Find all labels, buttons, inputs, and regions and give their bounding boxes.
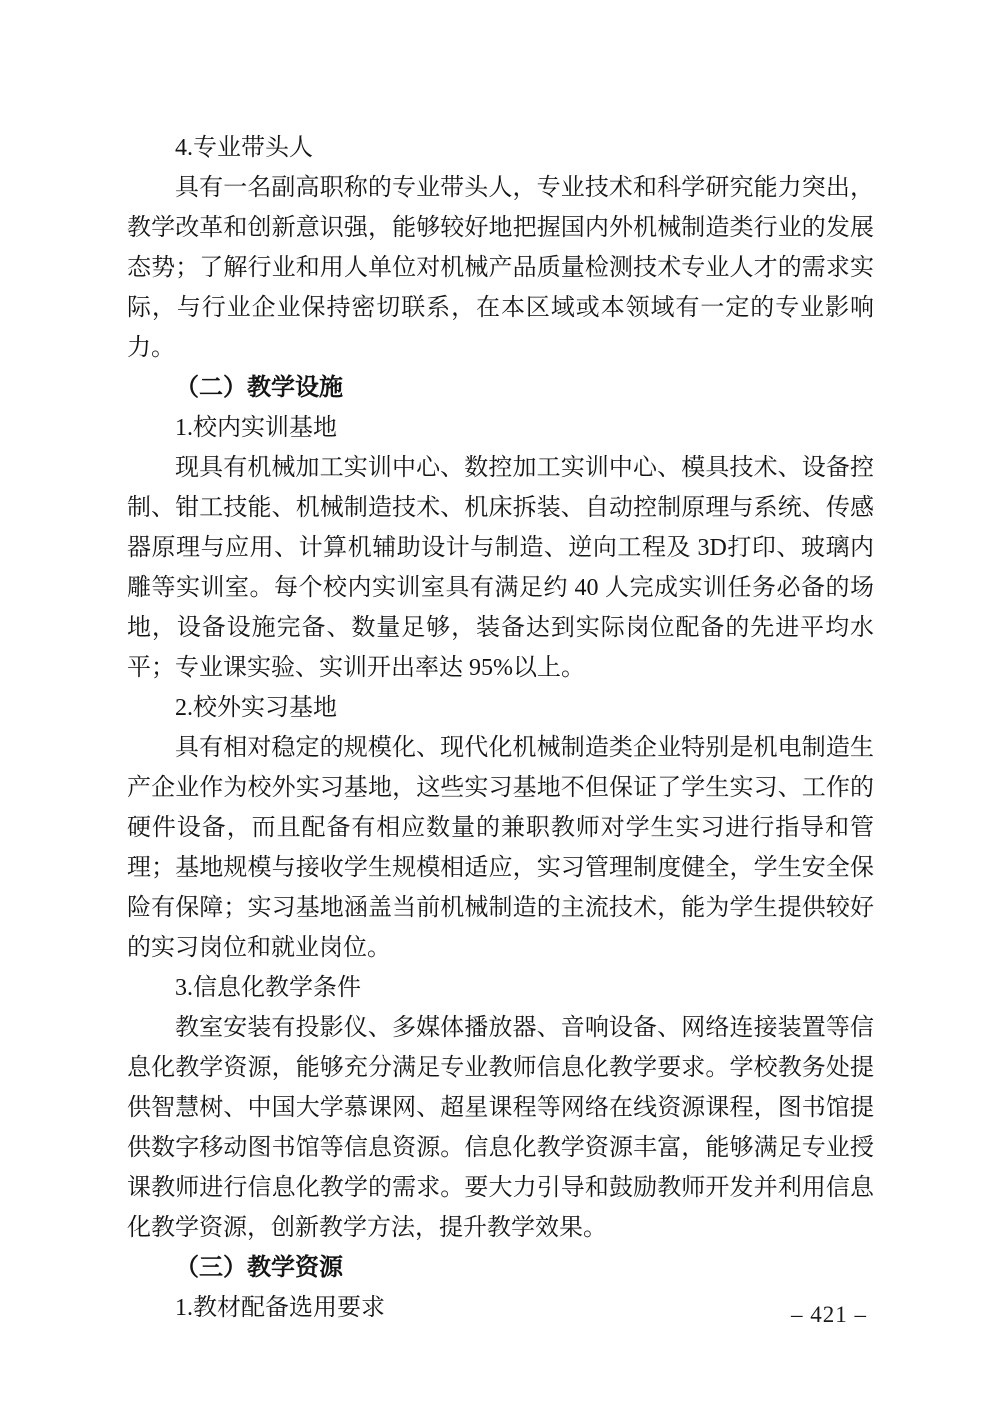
paragraph-professional-leader: 具有一名副高职称的专业带头人，专业技术和科学研究能力突出，教学改革和创新意识强，… (127, 168, 874, 368)
subheading-informatization-conditions: 3.信息化教学条件 (127, 968, 874, 1008)
subheading-on-campus-training-base: 1.校内实训基地 (127, 408, 874, 448)
document-content: 4.专业带头人 具有一名副高职称的专业带头人，专业技术和科学研究能力突出，教学改… (127, 128, 874, 1328)
document-page: 4.专业带头人 具有一名副高职称的专业带头人，专业技术和科学研究能力突出，教学改… (0, 0, 1000, 1414)
subheading-textbook-requirements: 1.教材配备选用要求 (127, 1288, 874, 1328)
paragraph-informatization-conditions: 教室安装有投影仪、多媒体播放器、音响设备、网络连接装置等信息化教学资源，能够充分… (127, 1008, 874, 1248)
subheading-professional-leader: 4.专业带头人 (127, 128, 874, 168)
paragraph-off-campus-practice-base: 具有相对稳定的规模化、现代化机械制造类企业特别是机电制造生产企业作为校外实习基地… (127, 728, 874, 968)
paragraph-on-campus-training-base: 现具有机械加工实训中心、数控加工实训中心、模具技术、设备控制、钳工技能、机械制造… (127, 448, 874, 688)
page-number: – 421 – (791, 1300, 867, 1330)
section-heading-teaching-facilities: （二）教学设施 (127, 368, 874, 408)
section-heading-teaching-resources: （三）教学资源 (127, 1248, 874, 1288)
subheading-off-campus-practice-base: 2.校外实习基地 (127, 688, 874, 728)
